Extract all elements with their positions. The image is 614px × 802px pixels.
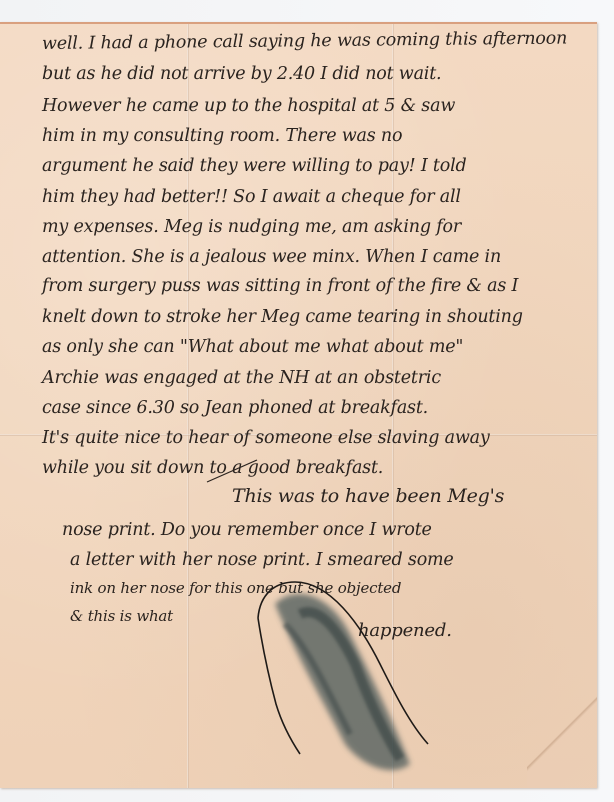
folded-corner: [527, 678, 597, 788]
postscript-line-5: & this is what: [70, 609, 173, 624]
letter-line-6: him they had better!! So I await a chequ…: [42, 189, 461, 207]
letter-line-7: my expenses. Meg is nudging me, am askin…: [42, 219, 461, 237]
postscript-line-1: This was to have been Meg's: [232, 487, 504, 506]
letter-line-2: but as he did not arrive by 2.40 I did n…: [42, 66, 441, 84]
letter-line-3: However he came up to the hospital at 5 …: [42, 98, 455, 116]
letter-line-8: attention. She is a jealous wee minx. Wh…: [42, 249, 501, 267]
nose-print-drawing-icon: [240, 564, 500, 788]
letter-line-5: argument he said they were willing to pa…: [42, 158, 466, 176]
letter-line-9: from surgery puss was sitting in front o…: [42, 278, 518, 296]
letter-line-10: knelt down to stroke her Meg came tearin…: [42, 309, 523, 327]
letter-line-14: It's quite nice to hear of someone else …: [42, 430, 490, 448]
letter-line-12: Archie was engaged at the NH at an obste…: [42, 370, 441, 388]
letter-line-4: him in my consulting room. There was no: [42, 128, 402, 146]
pointer-stroke-icon: [205, 456, 265, 486]
postscript-line-2: nose print. Do you remember once I wrote: [62, 522, 432, 540]
letter-line-1: well. I had a phone call saying he was c…: [42, 31, 567, 54]
letter-line-11: as only she can "What about me what abou…: [42, 339, 463, 357]
letter-page: well. I had a phone call saying he was c…: [0, 22, 597, 788]
letter-line-13: case since 6.30 so Jean phoned at breakf…: [42, 400, 428, 418]
